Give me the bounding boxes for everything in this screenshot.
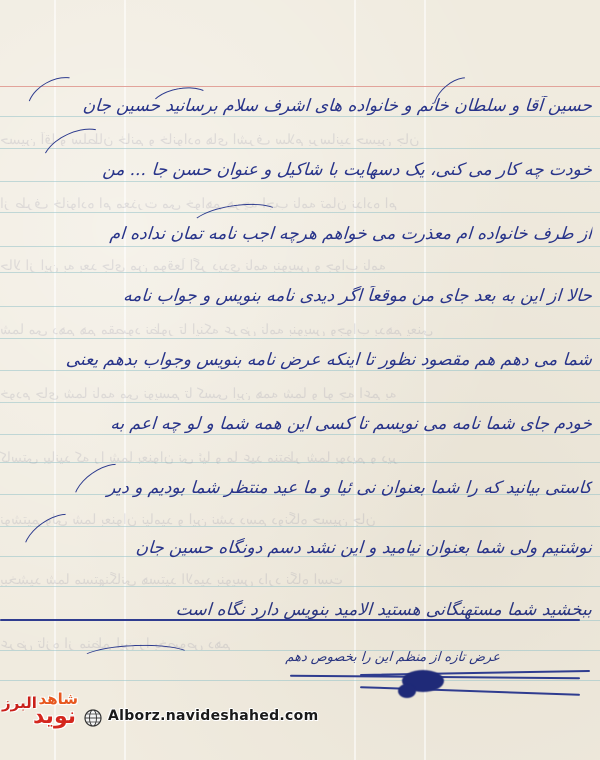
ink-bleed-through: عرض تازه از منظم این را بخصوص دهم [0,636,600,650]
handwritten-line: حسین آقا و سلطان خانم و خانواده های اشرف… [5,96,592,116]
ink-bleed-through: خودم جای شما نامه می نویسم تا کسی این هم… [0,386,600,400]
strikethrough-line [360,670,590,676]
ink-bleed-through: ببخشید شما مستهنگانی هستید الامید بنویس … [0,572,600,586]
ruled-line [0,402,600,403]
ink-bleed-through: حالا از این به بعد جای من موقعاً اگر دید… [0,258,600,272]
handwritten-line: از طرف خانواده ام معذرت می خواهم هرچه اج… [5,224,592,244]
ruled-line [0,212,600,213]
handwritten-line-crossed: ببخشید شما مستهنگانی هستید الامید بنویس … [5,600,592,620]
ink-bleed-through: از طرف خانواده ام معذرت می خواهم هرچه اج… [0,196,600,210]
ruled-line [0,434,600,435]
handwritten-line: حالا از این به بعد جای من موقعاً اگر دید… [5,286,592,306]
ruled-line [0,526,600,527]
website-url: Alborz.navideshahed.com [108,708,318,724]
ruled-line [0,338,600,339]
logo-text-navid: نوید [33,704,76,729]
scanned-letter-page: حسین آقا و سلطان خانم و خانواده های اشرف… [0,0,600,760]
pen-flourish [148,83,215,125]
navideshahed-logo: شاهد نوید البرز [2,690,82,742]
ruled-line [0,181,600,182]
handwritten-line: نوشتیم ولی شما بعنوان نیامید و این نشد د… [5,538,592,558]
ink-bleed-through: نوشتیم ولی شما بعنوان نیامید و این نشد د… [0,512,600,526]
ruled-line [0,306,600,307]
ink-bleed-through: شما می دهم هم مقصود نظور تا اینکه عرض نا… [0,322,600,336]
www-globe-icon [84,709,102,727]
ink-scribble [398,684,416,698]
ruled-line [0,370,600,371]
pen-flourish [19,67,94,134]
logo-text-alborz: البرز [2,694,37,712]
ruled-line [0,116,600,117]
strikethrough-line [0,619,580,621]
site-watermark: شاهد نوید البرز Alborz.navideshahed.com [2,690,302,742]
ruled-line [0,272,600,273]
red-margin-line [0,86,600,87]
ruled-line [0,680,600,681]
ruled-line [0,246,600,247]
strikethrough-line [360,686,580,696]
handwritten-line: شما می دهم هم مقصود نظور تا اینکه عرض نا… [5,350,592,370]
ink-bleed-through: کاستی بیانید که را شما بعنوان نی ئیا و م… [0,450,600,464]
handwritten-line: خودم جای شما نامه می نویسم تا کسی این هم… [5,414,592,434]
ruled-line [0,586,600,587]
